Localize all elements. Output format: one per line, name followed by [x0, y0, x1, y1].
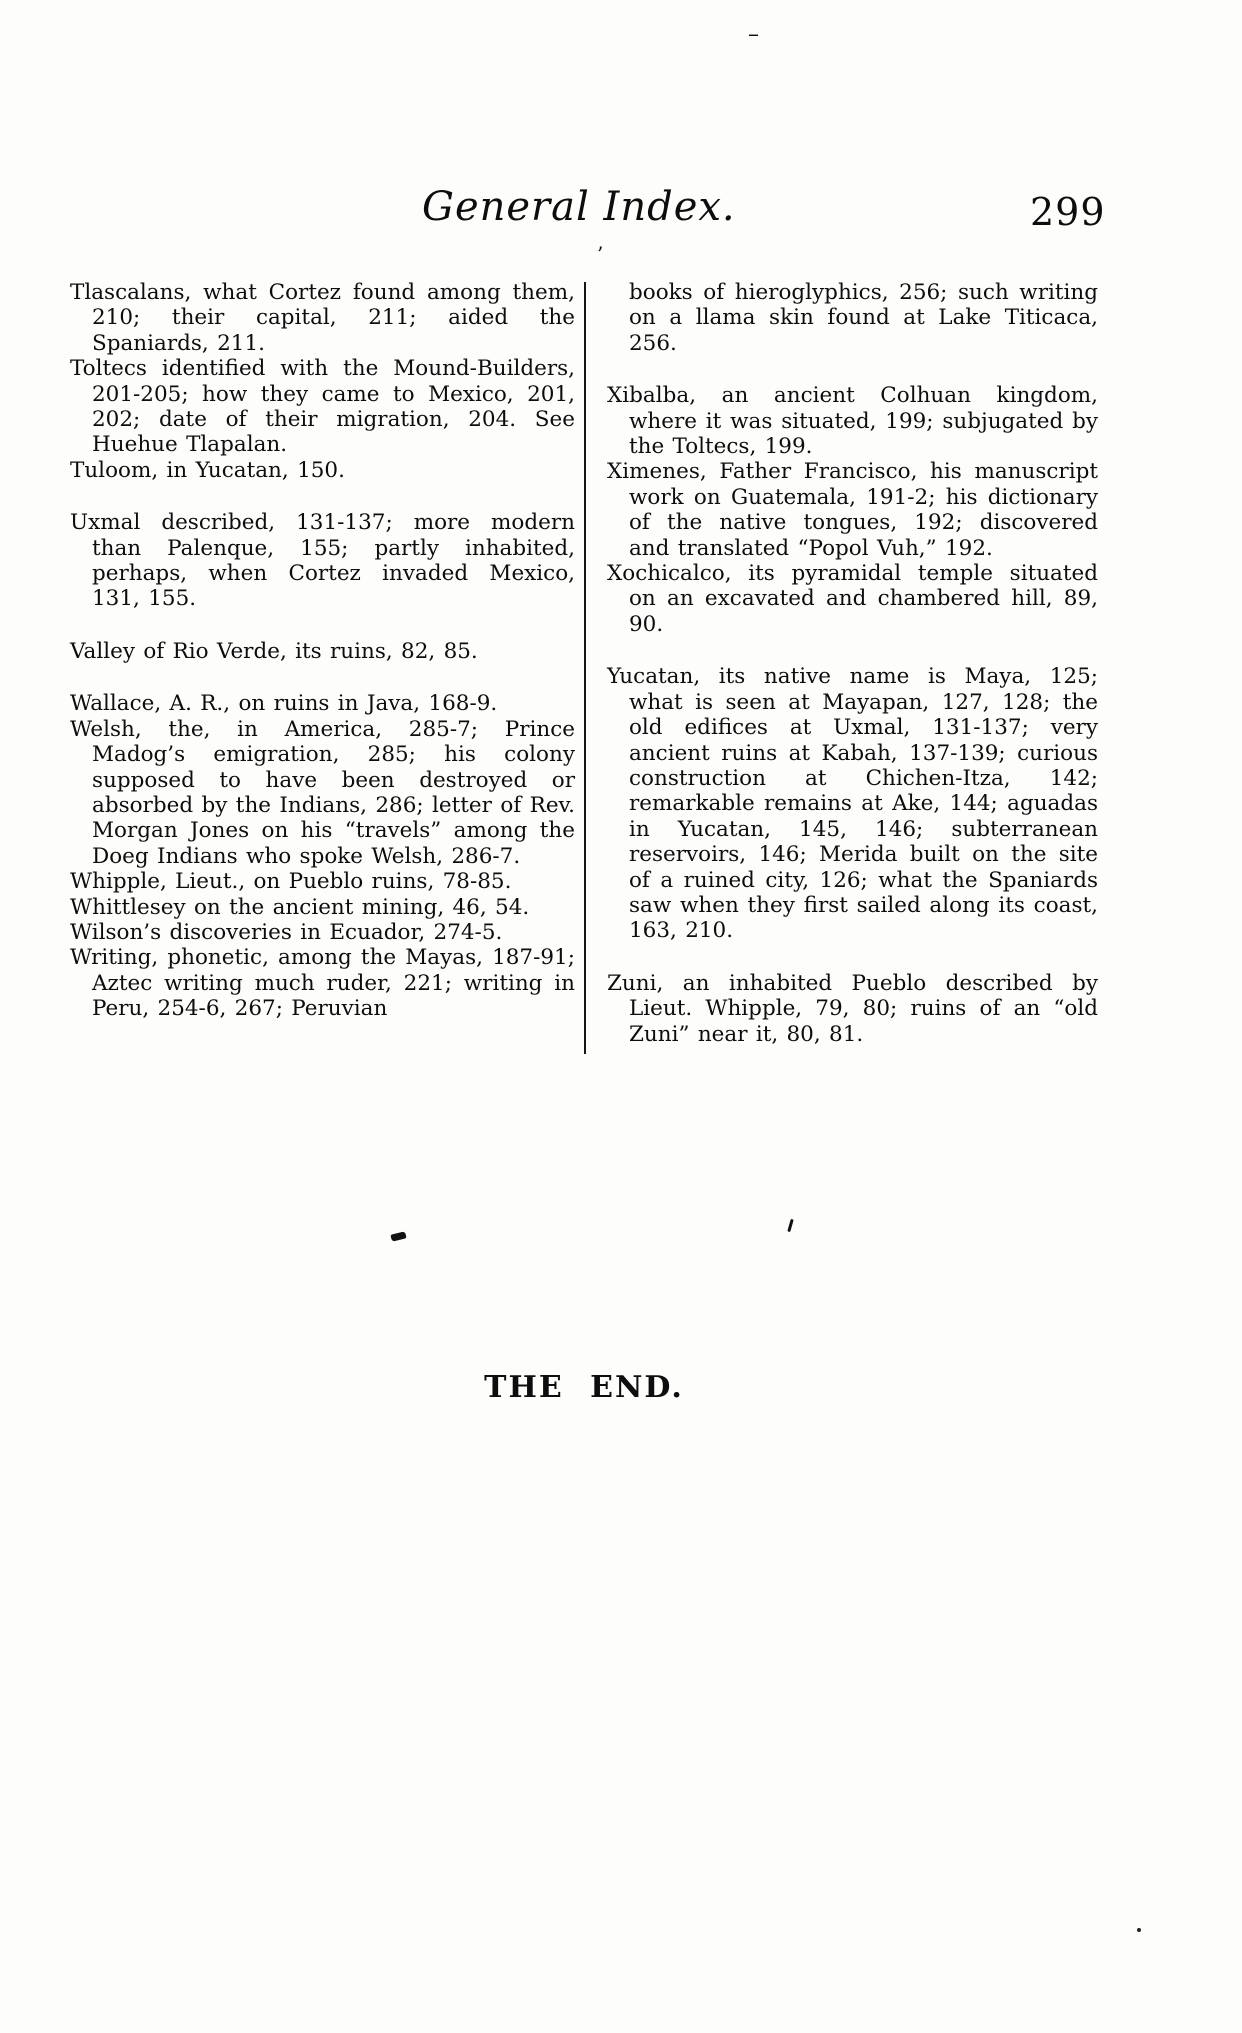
page-title: General Index. [422, 184, 736, 230]
index-entry-writing-continued: books of hieroglyphics, 256; such writin… [607, 280, 1098, 356]
index-entry-xochicalco: Xochicalco, its pyramidal temple situate… [607, 561, 1098, 637]
column-divider-rule [584, 282, 586, 1054]
index-entry-yucatan: Yucatan, its native name is Maya, 125; w… [607, 664, 1098, 943]
scan-artifact-ink-blob [390, 1231, 406, 1241]
index-entry-wallace: Wallace, A. R., on ruins in Java, 168-9. [70, 691, 575, 716]
index-column-left: Tlascalans, what Cortez found among them… [70, 280, 575, 1022]
scan-artifact-ink-slash [787, 1219, 793, 1232]
index-entry-whipple: Whipple, Lieut., on Pueblo ruins, 78-85. [70, 869, 575, 894]
book-page: – General Index. 299 ’ Tlascalans, what … [0, 0, 1242, 2033]
scan-artifact-header-tick: ’ [597, 242, 603, 266]
scan-artifact-top-dash: – [748, 22, 759, 47]
index-entry-tuloom: Tuloom, in Yucatan, 150. [70, 458, 575, 483]
index-entry-wilson: Wilson’s discoveries in Ecuador, 274-5. [70, 920, 575, 945]
index-entry-zuni: Zuni, an inhabited Pueblo described by L… [607, 971, 1098, 1047]
index-entry-tlascalans: Tlascalans, what Cortez found among them… [70, 280, 575, 356]
index-entry-writing: Writing, phonetic, among the Mayas, 187-… [70, 945, 575, 1021]
the-end-text: THE END. [70, 1370, 1098, 1405]
scan-artifact-ink-dot [1137, 1928, 1141, 1932]
index-column-right: books of hieroglyphics, 256; such writin… [607, 280, 1098, 1047]
index-entry-welsh: Welsh, the, in America, 285-7; Prince Ma… [70, 717, 575, 869]
index-entry-toltecs: Toltecs identified with the Mound-Builde… [70, 356, 575, 458]
index-entry-whittlesey: Whittlesey on the ancient mining, 46, 54… [70, 895, 575, 920]
page-number: 299 [1030, 190, 1106, 234]
index-entry-uxmal: Uxmal described, 131-137; more modern th… [70, 510, 575, 612]
index-entry-ximenes: Ximenes, Father Francisco, his manuscrip… [607, 459, 1098, 561]
index-entry-valley: Valley of Rio Verde, its ruins, 82, 85. [70, 639, 575, 664]
index-columns: Tlascalans, what Cortez found among them… [70, 280, 1098, 1047]
index-entry-xibalba: Xibalba, an ancient Colhuan kingdom, whe… [607, 383, 1098, 459]
